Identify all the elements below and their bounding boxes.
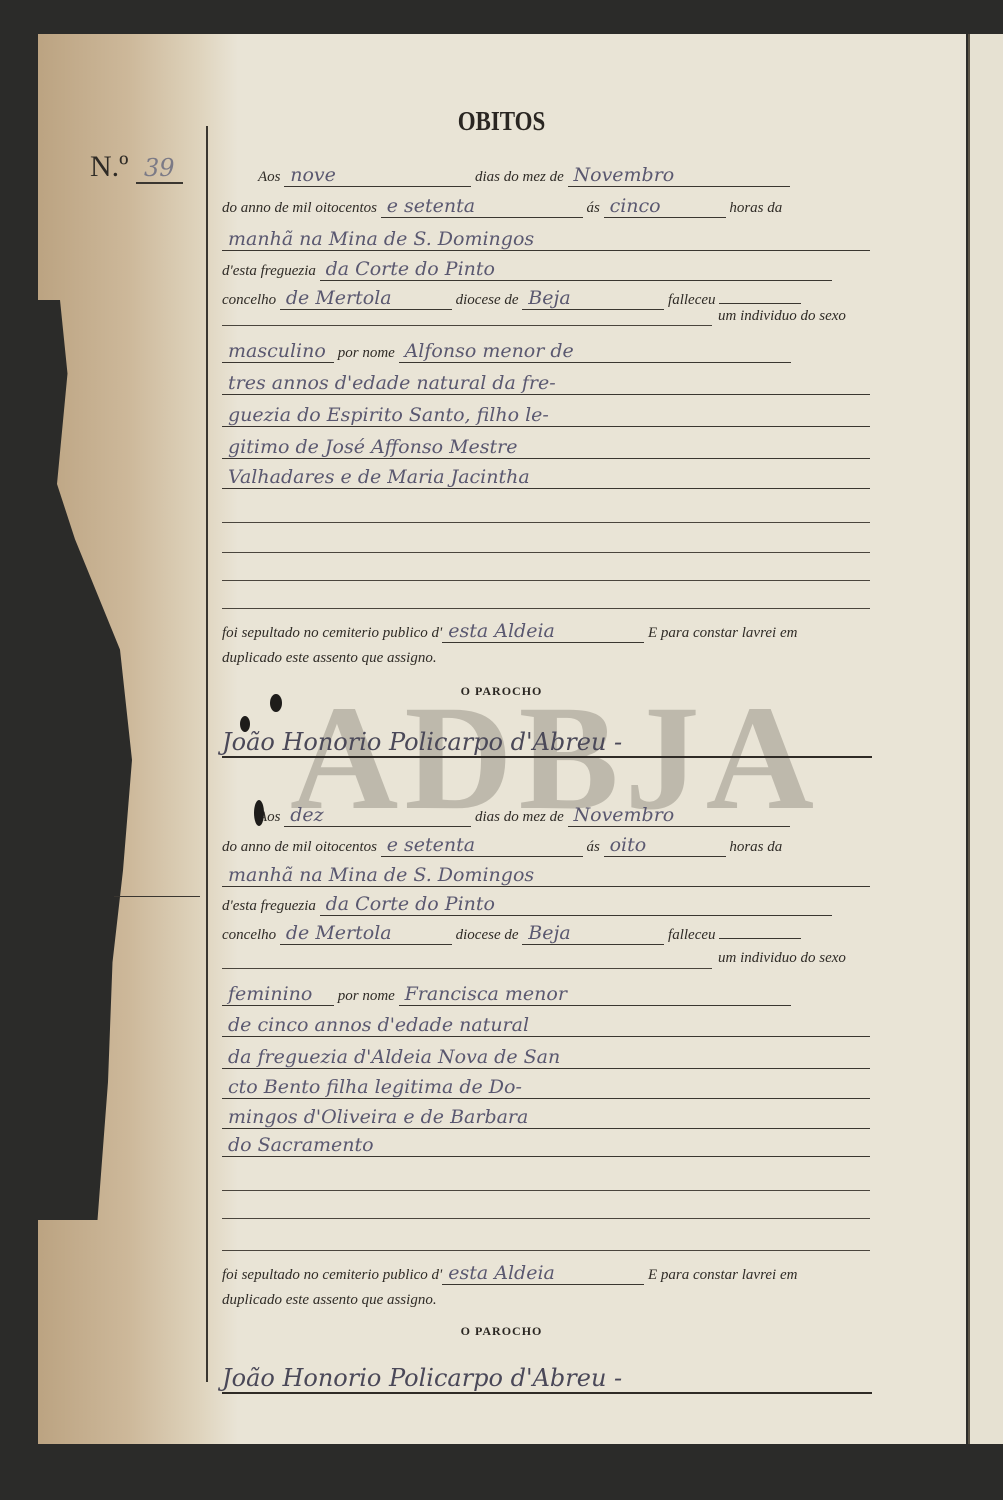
- record1-cemetery-line: foi sepultado no cemiterio publico d'est…: [222, 620, 797, 643]
- ink-blot: [254, 800, 264, 826]
- hour-suffix: horas da: [729, 839, 782, 855]
- record1-place-line: manhã na Mina de S. Domingos: [222, 228, 870, 251]
- record2-place-line: manhã na Mina de S. Domingos: [222, 864, 870, 887]
- month-label: dias do mez de: [475, 809, 564, 825]
- record2-parocho-label: O PAROCHO: [0, 1324, 1003, 1339]
- record2-body-5: do Sacramento: [222, 1134, 870, 1157]
- record2-concelho: de Mertola: [280, 922, 452, 945]
- record2-day: dez: [284, 804, 471, 827]
- record1-body-3: gitimo de José Affonso Mestre: [222, 436, 870, 459]
- record2-body-2: da freguezia d'Aldeia Nova de San: [222, 1046, 870, 1069]
- record1-body-0: Alfonso menor de: [399, 340, 791, 363]
- entry-number-label: N.º: [90, 150, 128, 183]
- record1-body-line: guezia do Espirito Santo, filho le-: [222, 404, 870, 427]
- record1-body-4: Valhadares e de Maria Jacintha: [222, 466, 870, 489]
- concelho-label: concelho: [222, 927, 276, 943]
- ink-blot: [240, 716, 250, 732]
- record2-date-line: Aos dez dias do mez de Novembro: [258, 804, 790, 827]
- record1-diocese: Beja: [522, 287, 664, 310]
- blank-rule: [222, 1190, 870, 1191]
- record2-body-line: de cinco annos d'edade natural: [222, 1014, 870, 1037]
- record2-month: Novembro: [568, 804, 790, 827]
- record2-body-1: de cinco annos d'edade natural: [222, 1014, 870, 1037]
- record1-year-line: do anno de mil oitocentos e setenta ás c…: [222, 195, 782, 218]
- closing-label: E para constar lavrei em: [648, 1267, 797, 1283]
- blank-field: [719, 303, 801, 304]
- record2-year-line: do anno de mil oitocentos e setenta ás o…: [222, 834, 782, 857]
- diocese-label: diocese de: [456, 292, 519, 308]
- record2-diocese: Beja: [522, 922, 664, 945]
- record1-parish-line: d'esta freguezia da Corte do Pinto: [222, 258, 832, 281]
- record1-date-line: Aos nove dias do mez de Novembro: [258, 164, 790, 187]
- record1-concelho: de Mertola: [280, 287, 452, 310]
- record1-closing-2: duplicado este assento que assigno.: [222, 650, 437, 667]
- record1-body-line: tres annos d'edade natural da fre-: [222, 372, 870, 395]
- hour-label: ás: [586, 200, 599, 216]
- record1-name-line: masculino por nome Alfonso menor de: [222, 340, 791, 363]
- record1-signature: João Honorio Policarpo d'Abreu -: [222, 728, 872, 758]
- record1-parocho-label: O PAROCHO: [0, 684, 1003, 699]
- page-title: OBITOS: [75, 106, 928, 137]
- blank-rule: [222, 968, 712, 969]
- facing-page-edge: [968, 34, 1003, 1444]
- record2-year: e setenta: [381, 834, 583, 857]
- record1-parish: da Corte do Pinto: [320, 258, 832, 281]
- parish-label: d'esta freguezia: [222, 263, 316, 279]
- entry-number: N.º 39: [90, 150, 183, 184]
- record1-month: Novembro: [568, 164, 790, 187]
- record2-parish-line: d'esta freguezia da Corte do Pinto: [222, 893, 832, 916]
- falleceu-label: falleceu: [668, 292, 715, 308]
- record2-place: manhã na Mina de S. Domingos: [222, 864, 870, 887]
- record1-place: manhã na Mina de S. Domingos: [222, 228, 870, 251]
- cemetery-label: foi sepultado no cemiterio publico d': [222, 1267, 442, 1283]
- record2-concelho-line: concelho de Mertola diocese de Beja fall…: [222, 922, 801, 945]
- record1-year: e setenta: [381, 195, 583, 218]
- record1-cemetery: esta Aldeia: [442, 620, 644, 643]
- year-label: do anno de mil oitocentos: [222, 839, 377, 855]
- blank-rule: [222, 552, 870, 553]
- concelho-label: concelho: [222, 292, 276, 308]
- record2-cemetery: esta Aldeia: [442, 1262, 644, 1285]
- record2-sexo-label: um individuo do sexo: [718, 950, 846, 967]
- record1-body-line: Valhadares e de Maria Jacintha: [222, 466, 870, 489]
- blank-rule: [222, 522, 870, 523]
- blank-rule: [222, 325, 712, 326]
- record2-cemetery-line: foi sepultado no cemiterio publico d'est…: [222, 1262, 797, 1285]
- year-label: do anno de mil oitocentos: [222, 200, 377, 216]
- entry2-number-rule: [114, 896, 200, 897]
- record2-body-4: mingos d'Oliveira e de Barbara: [222, 1106, 870, 1129]
- record1-sex: masculino: [222, 340, 334, 363]
- margin-rule: [206, 126, 208, 1382]
- falleceu-label: falleceu: [668, 927, 715, 943]
- record2-body-line: da freguezia d'Aldeia Nova de San: [222, 1046, 870, 1069]
- blank-rule: [222, 1250, 870, 1251]
- record2-body-line: do Sacramento: [222, 1134, 870, 1157]
- record1-hour: cinco: [604, 195, 726, 218]
- record2-body-0: Francisca menor: [399, 983, 791, 1006]
- aos-label: Aos: [258, 169, 281, 185]
- record2-name-line: feminino por nome Francisca menor: [222, 983, 791, 1006]
- hour-suffix: horas da: [729, 200, 782, 216]
- record1-body-2: guezia do Espirito Santo, filho le-: [222, 404, 870, 427]
- record1-body-line: gitimo de José Affonso Mestre: [222, 436, 870, 459]
- record2-body-line: mingos d'Oliveira e de Barbara: [222, 1106, 870, 1129]
- record2-body-line: cto Bento filha legitima de Do-: [222, 1076, 870, 1099]
- cemetery-label: foi sepultado no cemiterio publico d': [222, 625, 442, 641]
- entry-number-value: 39: [136, 154, 183, 184]
- hour-label: ás: [586, 839, 599, 855]
- blank-rule: [222, 1218, 870, 1219]
- blank-rule: [222, 608, 870, 609]
- blank-rule: [222, 580, 870, 581]
- record2-sex: feminino: [222, 983, 334, 1006]
- blank-field: [719, 938, 801, 939]
- record2-body-3: cto Bento filha legitima de Do-: [222, 1076, 870, 1099]
- record2-closing-2: duplicado este assento que assigno.: [222, 1292, 437, 1309]
- ink-blot: [270, 694, 282, 712]
- diocese-label: diocese de: [456, 927, 519, 943]
- record2-signature: João Honorio Policarpo d'Abreu -: [222, 1364, 872, 1394]
- record1-body-1: tres annos d'edade natural da fre-: [222, 372, 870, 395]
- month-label: dias do mez de: [475, 169, 564, 185]
- parish-label: d'esta freguezia: [222, 898, 316, 914]
- name-label: por nome: [338, 988, 395, 1004]
- record2-hour: oito: [604, 834, 726, 857]
- closing-label: E para constar lavrei em: [648, 625, 797, 641]
- record1-sexo-label: um individuo do sexo: [718, 308, 846, 325]
- record1-day: nove: [284, 164, 471, 187]
- name-label: por nome: [338, 345, 395, 361]
- record2-parish: da Corte do Pinto: [320, 893, 832, 916]
- record1-concelho-line: concelho de Mertola diocese de Beja fall…: [222, 287, 801, 310]
